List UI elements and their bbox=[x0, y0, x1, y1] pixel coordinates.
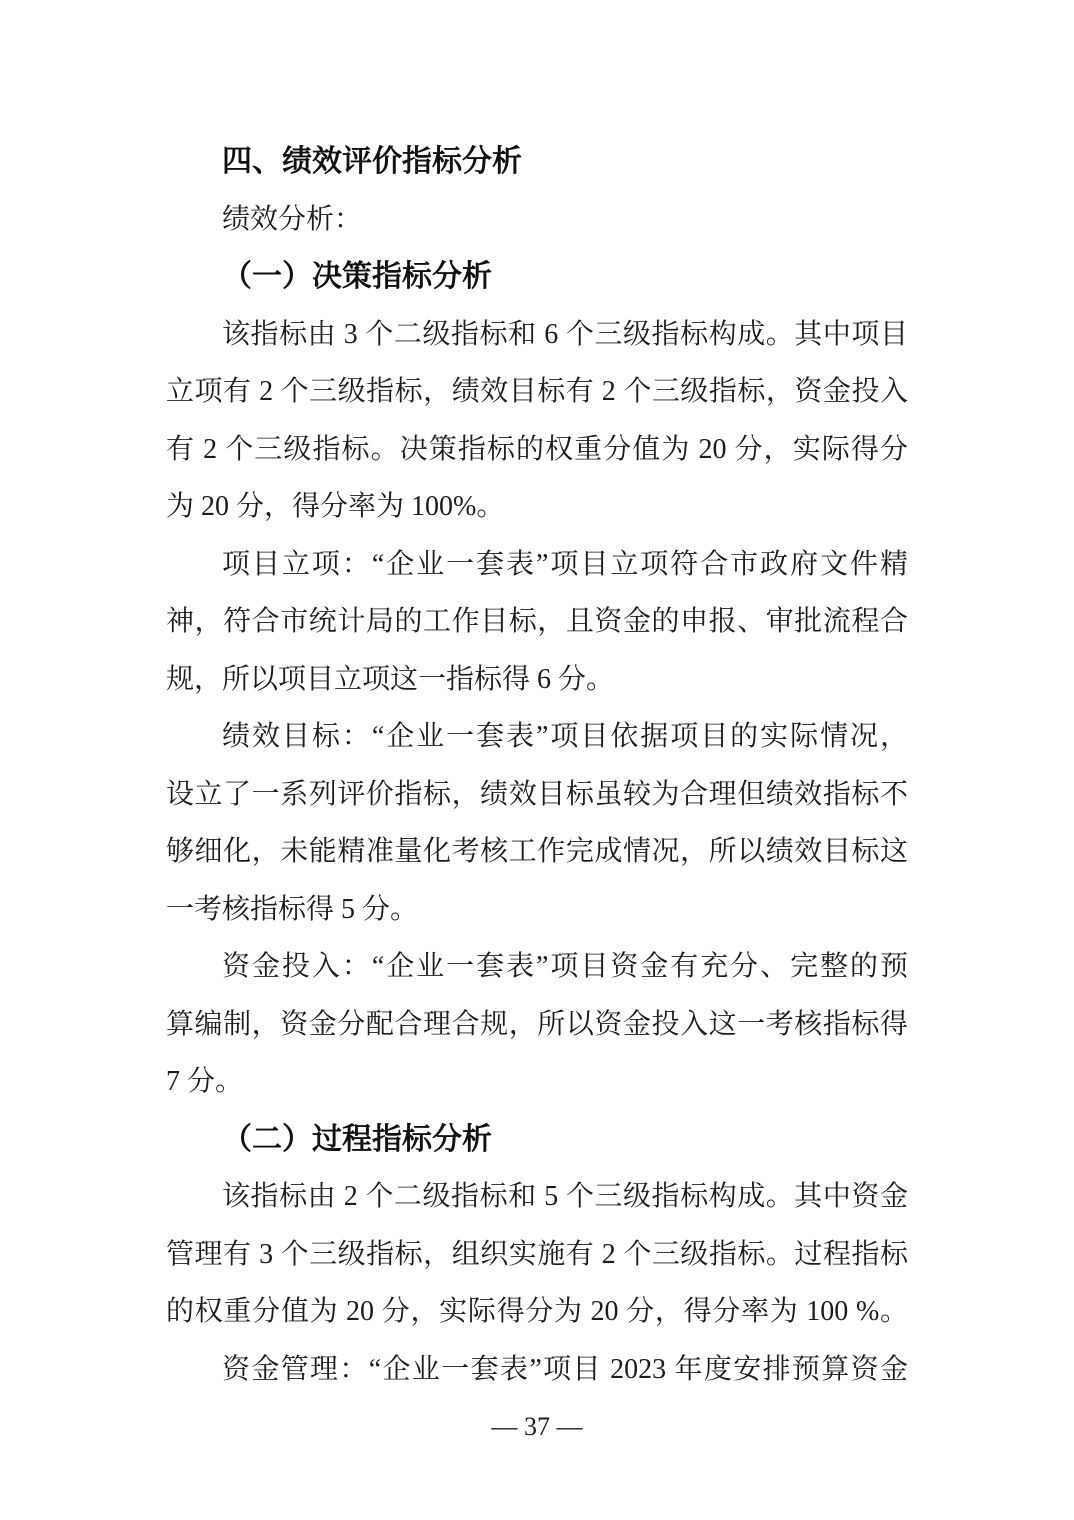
section-heading-2: （二）过程指标分析 bbox=[166, 1111, 908, 1169]
paragraph-line: 有 2 个三级指标。决策指标的权重分值为 20 分，实际得分 bbox=[166, 421, 908, 479]
intro-line: 绩效分析： bbox=[166, 191, 908, 249]
paragraph-line: 设立了一系列评价指标，绩效目标虽较为合理但绩效指标不 bbox=[166, 766, 908, 824]
page-number: — 37 — bbox=[0, 1398, 1074, 1456]
paragraph-line: 资金投入：“企业一套表”项目资金有充分、完整的预 bbox=[166, 938, 908, 996]
paragraph-line: 资金管理：“企业一套表”项目 2023 年度安排预算资金 bbox=[166, 1341, 908, 1399]
paragraph-line: 的权重分值为 20 分，实际得分为 20 分，得分率为 100 %。 bbox=[166, 1283, 908, 1341]
page-content: 四、绩效评价指标分析 绩效分析： （一）决策指标分析 该指标由 3 个二级指标和… bbox=[166, 133, 908, 1398]
paragraph-line: 神，符合市统计局的工作目标，且资金的申报、审批流程合 bbox=[166, 593, 908, 651]
chapter-heading: 四、绩效评价指标分析 bbox=[166, 133, 908, 191]
paragraph-line: 规，所以项目立项这一指标得 6 分。 bbox=[166, 651, 908, 709]
paragraph-line: 该指标由 3 个二级指标和 6 个三级指标构成。其中项目 bbox=[166, 306, 908, 364]
paragraph-line: 够细化，未能精准量化考核工作完成情况，所以绩效目标这 bbox=[166, 823, 908, 881]
paragraph-line: 管理有 3 个三级指标，组织实施有 2 个三级指标。过程指标 bbox=[166, 1226, 908, 1284]
paragraph-line: 项目立项：“企业一套表”项目立项符合市政府文件精 bbox=[166, 536, 908, 594]
paragraph-line: 绩效目标：“企业一套表”项目依据项目的实际情况， bbox=[166, 708, 908, 766]
paragraph-line: 一考核指标得 5 分。 bbox=[166, 881, 908, 939]
section-heading-1: （一）决策指标分析 bbox=[166, 248, 908, 306]
document-page: 四、绩效评价指标分析 绩效分析： （一）决策指标分析 该指标由 3 个二级指标和… bbox=[0, 0, 1074, 1520]
paragraph-line: 立项有 2 个三级指标，绩效目标有 2 个三级指标，资金投入 bbox=[166, 363, 908, 421]
paragraph-line: 7 分。 bbox=[166, 1053, 908, 1111]
paragraph-line: 该指标由 2 个二级指标和 5 个三级指标构成。其中资金 bbox=[166, 1168, 908, 1226]
paragraph-line: 为 20 分，得分率为 100%。 bbox=[166, 478, 908, 536]
paragraph-line: 算编制，资金分配合理合规，所以资金投入这一考核指标得 bbox=[166, 996, 908, 1054]
